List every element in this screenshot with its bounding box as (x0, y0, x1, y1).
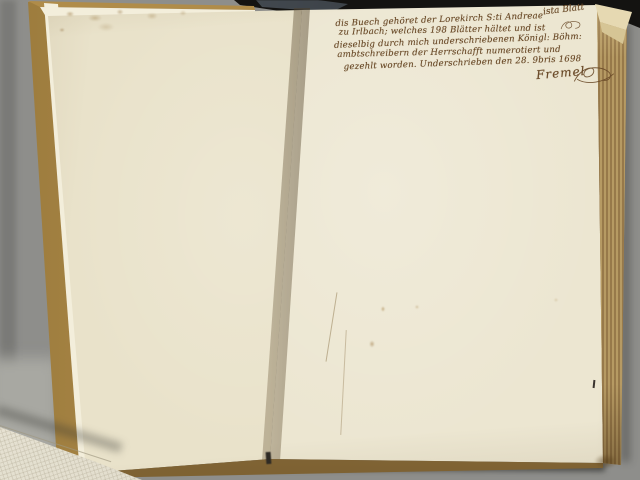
photo-vignette (0, 0, 640, 480)
scanned-manuscript-photo: ista Blatt dis Buech gehöret der Lorekir… (0, 0, 640, 480)
